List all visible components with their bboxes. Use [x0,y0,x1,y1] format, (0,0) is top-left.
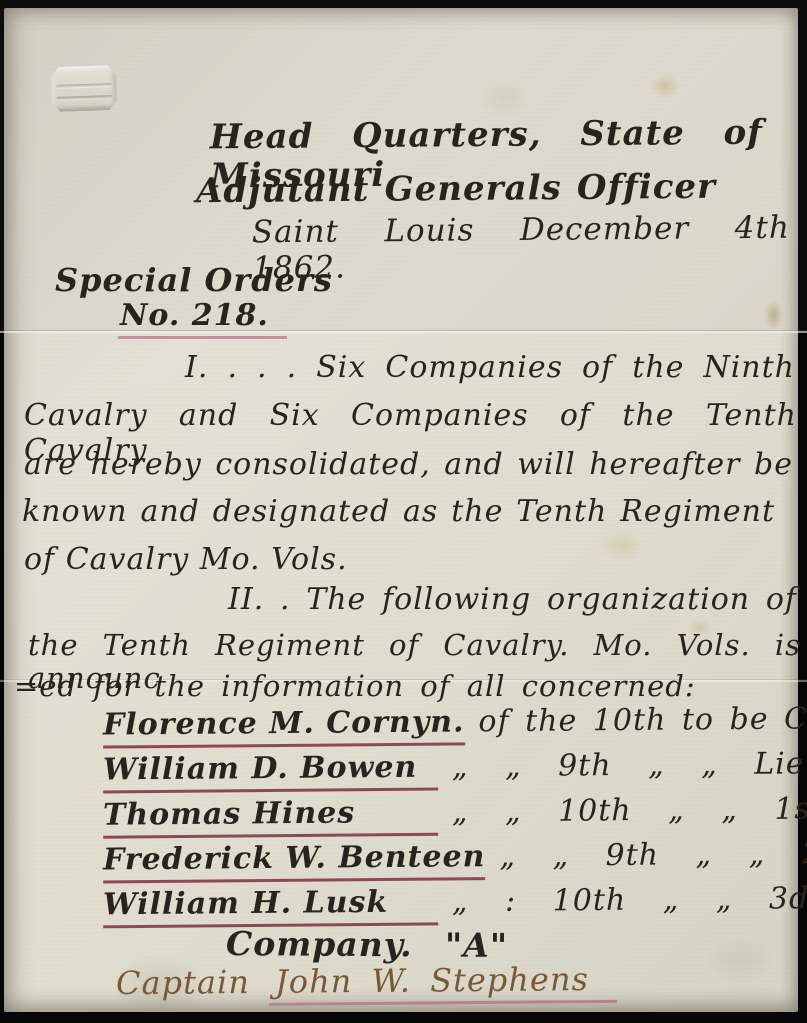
officer-assignment: of the 10th to be Colonel. [478,701,807,739]
appointment-row: Florence M. Cornyn. of the 10th to be Co… [103,701,807,748]
captain-name: John W. Stephens [269,960,617,1006]
appointment-row: Thomas Hines „ „ 10th „ „ 1st Major [103,791,807,838]
embossed-seal-icon [50,65,118,112]
paragraph-2-line-1: II. . The following organization of [228,583,797,618]
appointment-row: William H. Lusk „ : 10th „ „ 3d „ [103,882,807,928]
paragraph-2-line-3: =ed for the information of all concerned… [14,670,696,703]
officer-name: William D. Bowen [103,751,438,793]
header-line-2: Adjutant Generals Officer [196,168,716,212]
seal-ridge [56,83,112,89]
appointment-row: Frederick W. Benteen „ „ 9th „ „ 2d „ [103,837,807,883]
order-number: No. 218. [118,299,287,339]
officer-assignment: „ „ 9th „ „ Lieut. „ [452,747,807,785]
appointment-row: William D. Bowen „ „ 9th „ „ Lieut. „ [103,747,807,793]
officer-assignment: „ : 10th „ „ 3d „ [452,882,807,920]
officer-assignment: „ „ 10th „ „ 1st Major [452,791,807,830]
paragraph-1-line-4: known and designated as the Tenth Regime… [22,495,775,530]
officer-name: Florence M. Cornyn. [103,705,465,748]
paragraph-1-line-5: of Cavalry Mo. Vols. [24,543,348,578]
officer-name: William H. Lusk [103,885,438,927]
captain-label: Captain [116,963,250,1002]
captain-line: Captain John W. Stephens [116,961,617,1002]
paragraph-1-line-3: are hereby consolidated, and will hereaf… [24,448,793,483]
officer-name: Frederick W. Benteen [103,840,486,883]
paragraph-1-line-1: I. . . . Six Companies of the Ninth [185,351,795,386]
officer-name: Thomas Hines [103,796,438,838]
document-scan: Head Quarters, State of Missouri. Adjuta… [0,0,807,1023]
seal-ridge [57,95,113,101]
officer-assignment: „ „ 9th „ „ 2d „ [499,837,807,875]
company-line: Company. "A" [226,925,508,965]
special-orders-title: Special Orders [55,262,333,299]
